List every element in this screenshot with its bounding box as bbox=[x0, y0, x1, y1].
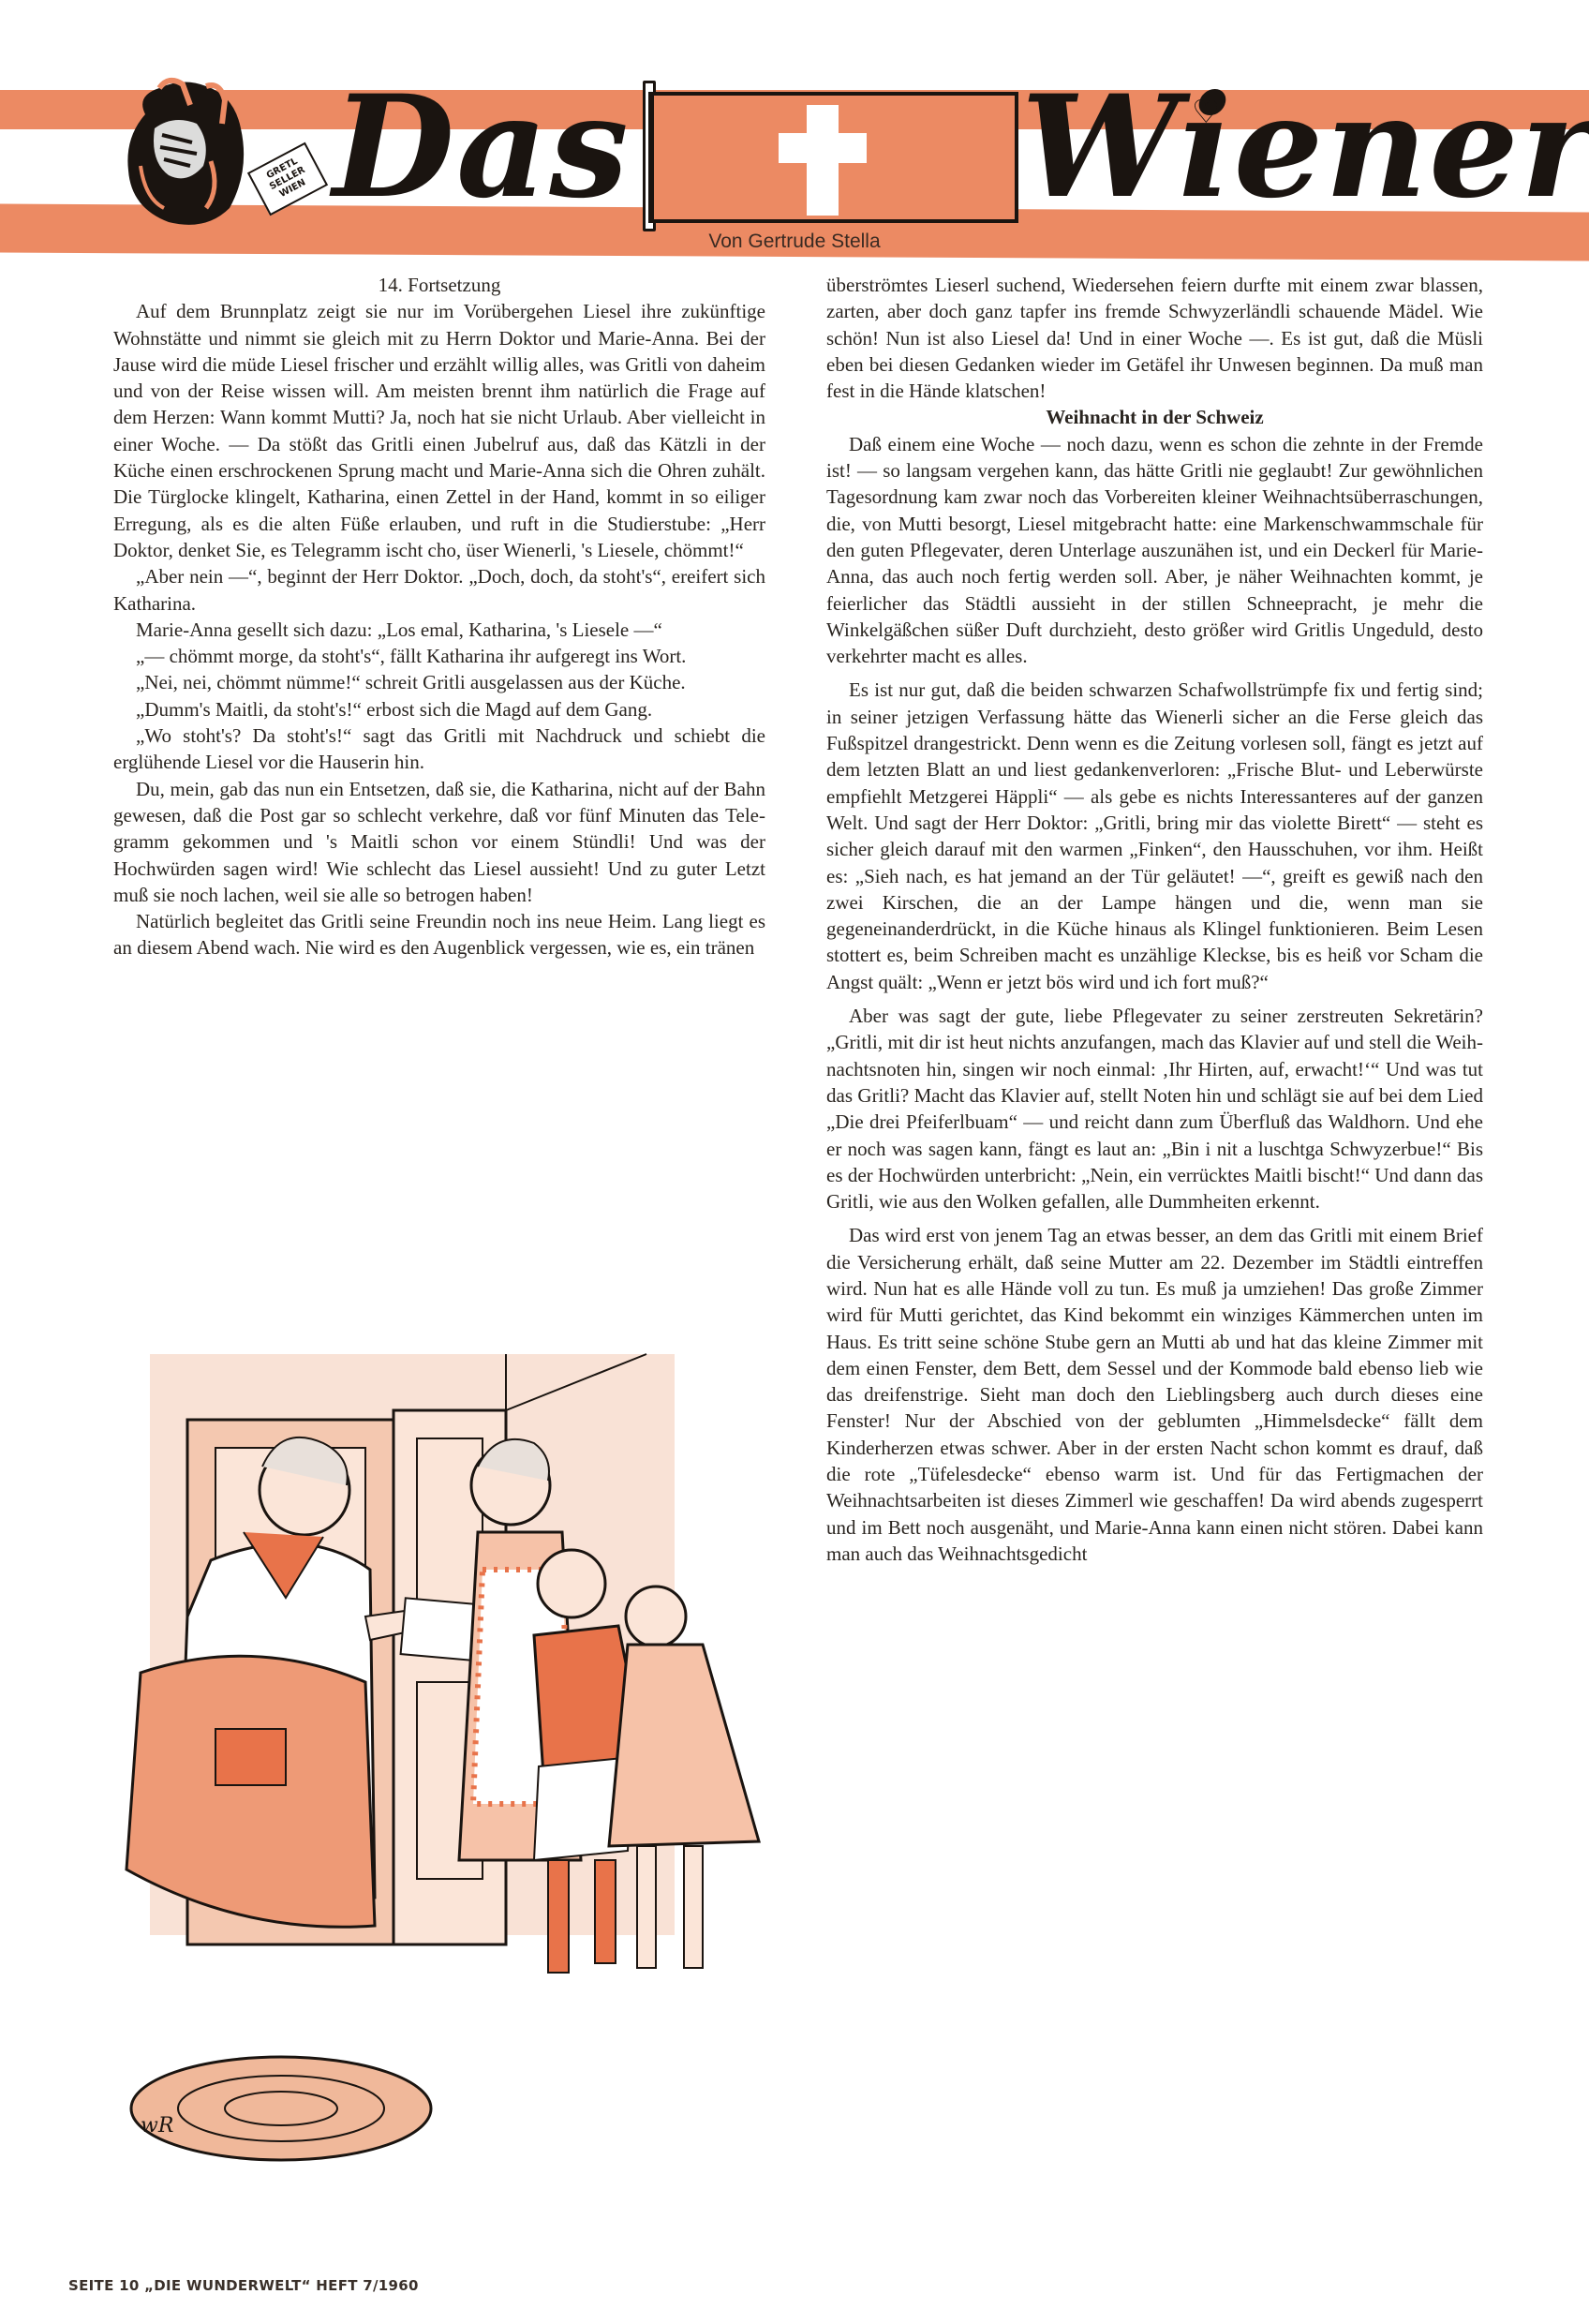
paragraph: „— chömmt morge, da stoht's“, fällt Kath… bbox=[113, 643, 765, 669]
flag-cross-horizontal bbox=[779, 133, 867, 163]
paragraph: „Aber nein —“, beginnt der Herr Doktor. … bbox=[113, 563, 765, 617]
title-banner: GRETL SELLER WIEN Das Wienerli ♡ Von Ger… bbox=[0, 0, 1589, 272]
story-illustration: wR bbox=[122, 1335, 778, 2179]
left-column: 14. Fortsetzung Auf dem Brunnplatz zeigt… bbox=[113, 272, 765, 961]
page-footer: SEITE 10 „DIE WUNDERWELT“ HEFT 7/1960 bbox=[68, 2277, 419, 2294]
paragraph: Natürlich begleitet das Gritli seine Fre… bbox=[113, 908, 765, 961]
author-byline: Von Gertrude Stella bbox=[0, 231, 1589, 253]
byline-text: Von Gertrude Stella bbox=[708, 231, 880, 252]
installment-label: 14. Fortsetzung bbox=[113, 272, 765, 298]
title-das: Das bbox=[333, 77, 631, 217]
paragraph: Auf dem Brunnplatz zeigt sie nur im Vorü… bbox=[113, 298, 765, 563]
section-heading: Weihnacht in der Schweiz bbox=[826, 404, 1483, 430]
paragraph: Du, mein, gab das nun ein Entsetzen, daß… bbox=[113, 776, 765, 908]
paragraph: Es ist nur gut, daß die beiden schwarzen… bbox=[826, 677, 1483, 995]
illustrator-signature: wR bbox=[141, 2114, 173, 2138]
swiss-flag-icon bbox=[648, 92, 1018, 223]
paragraph: „Wo stoht's? Da stoht's!“ sagt das Gritl… bbox=[113, 723, 765, 776]
rucksack-icon bbox=[117, 77, 258, 231]
paragraph: Das wird erst von jenem Tag an etwas bes… bbox=[826, 1222, 1483, 1567]
paragraph: „Dumm's Maitli, da stoht's!“ erbost sich… bbox=[113, 696, 765, 723]
paragraph: Marie-Anna gesellt sich dazu: „Los emal,… bbox=[113, 617, 765, 643]
paragraph: „Nei, nei, chömmt nümme!“ schreit Gritli… bbox=[113, 669, 765, 695]
paragraph: Daß einem eine Woche — noch dazu, wenn e… bbox=[826, 431, 1483, 670]
right-column: überströmtes Lieserl suchend, Wiedersehe… bbox=[826, 272, 1483, 1567]
title-wienerli: Wienerli bbox=[1021, 77, 1589, 217]
heart-icon: ♡ bbox=[1192, 94, 1220, 131]
paragraph-continuation: überströmtes Lieserl suchend, Wiedersehe… bbox=[826, 272, 1483, 404]
paragraph: Aber was sagt der gute, liebe Pflegevate… bbox=[826, 1003, 1483, 1214]
